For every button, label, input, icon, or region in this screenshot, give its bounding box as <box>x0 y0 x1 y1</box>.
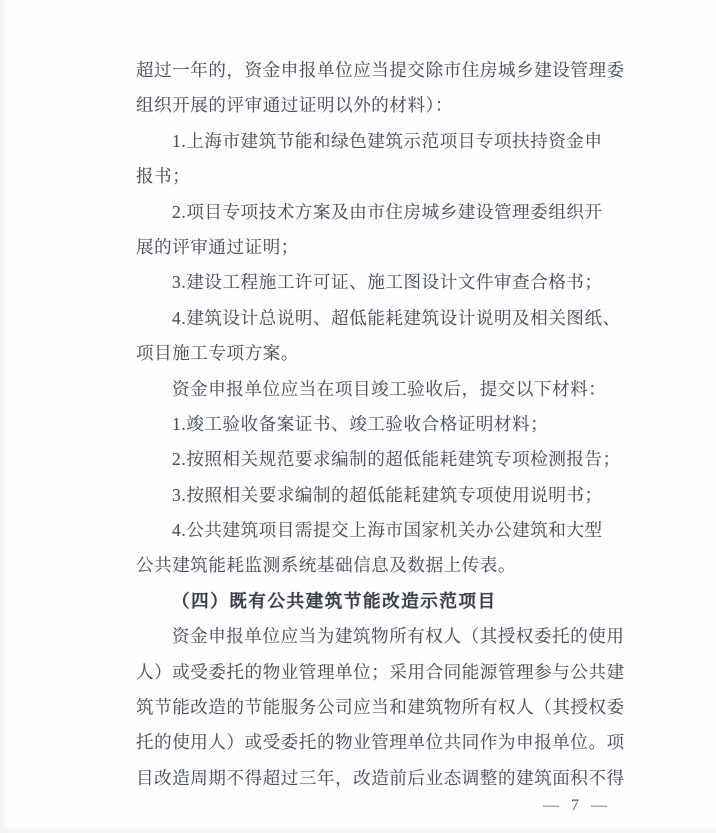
doc-line: 资金申报单位应当为建筑物所有权人（其授权委托的使用 <box>136 619 636 654</box>
scan-edge-shading <box>0 0 10 833</box>
doc-line: 资金申报单位应当在项目竣工验收后，提交以下材料： <box>136 372 636 407</box>
doc-line: 展的评审通过证明； <box>136 230 636 265</box>
doc-line: 组织开展的评审通过证明以外的材料）： <box>136 88 636 123</box>
doc-line: 人）或受委托的物业管理单位；采用合同能源管理参与公共建 <box>136 655 636 690</box>
page-number: — 7 — <box>543 795 611 817</box>
doc-line: 4.建筑设计总说明、超低能耗建筑设计说明及相关图纸、 <box>136 301 636 336</box>
doc-line: 报书； <box>136 159 636 194</box>
doc-line: 2.项目专项技术方案及由市住房城乡建设管理委组织开 <box>136 195 636 230</box>
doc-line: 1.竣工验收备案证书、竣工验收合格证明材料； <box>136 407 636 442</box>
doc-line: 目改造周期不得超过三年，改造前后业态调整的建筑面积不得 <box>136 761 636 796</box>
doc-line: 筑节能改造的节能服务公司应当和建筑物所有权人（其授权委 <box>136 690 636 725</box>
document-body: 超过一年的，资金申报单位应当提交除市住房城乡建设管理委 组织开展的评审通过证明以… <box>136 53 636 796</box>
doc-line: 4.公共建筑项目需提交上海市国家机关办公建筑和大型 <box>136 513 636 548</box>
doc-line: 托的使用人）或受委托的物业管理单位共同作为申报单位。项 <box>136 725 636 760</box>
doc-line: 1.上海市建筑节能和绿色建筑示范项目专项扶持资金申 <box>136 124 636 159</box>
doc-line: 3.建设工程施工许可证、施工图设计文件审查合格书； <box>136 265 636 300</box>
doc-line: 项目施工专项方案。 <box>136 336 636 371</box>
section-heading: （四）既有公共建筑节能改造示范项目 <box>136 584 636 619</box>
doc-line: 公共建筑能耗监测系统基础信息及数据上传表。 <box>136 548 636 583</box>
doc-line: 超过一年的，资金申报单位应当提交除市住房城乡建设管理委 <box>136 53 636 88</box>
doc-line: 2.按照相关规范要求编制的超低能耗建筑专项检测报告； <box>136 442 636 477</box>
doc-line: 3.按照相关要求编制的超低能耗建筑专项使用说明书； <box>136 478 636 513</box>
scan-edge-shading <box>0 825 716 833</box>
